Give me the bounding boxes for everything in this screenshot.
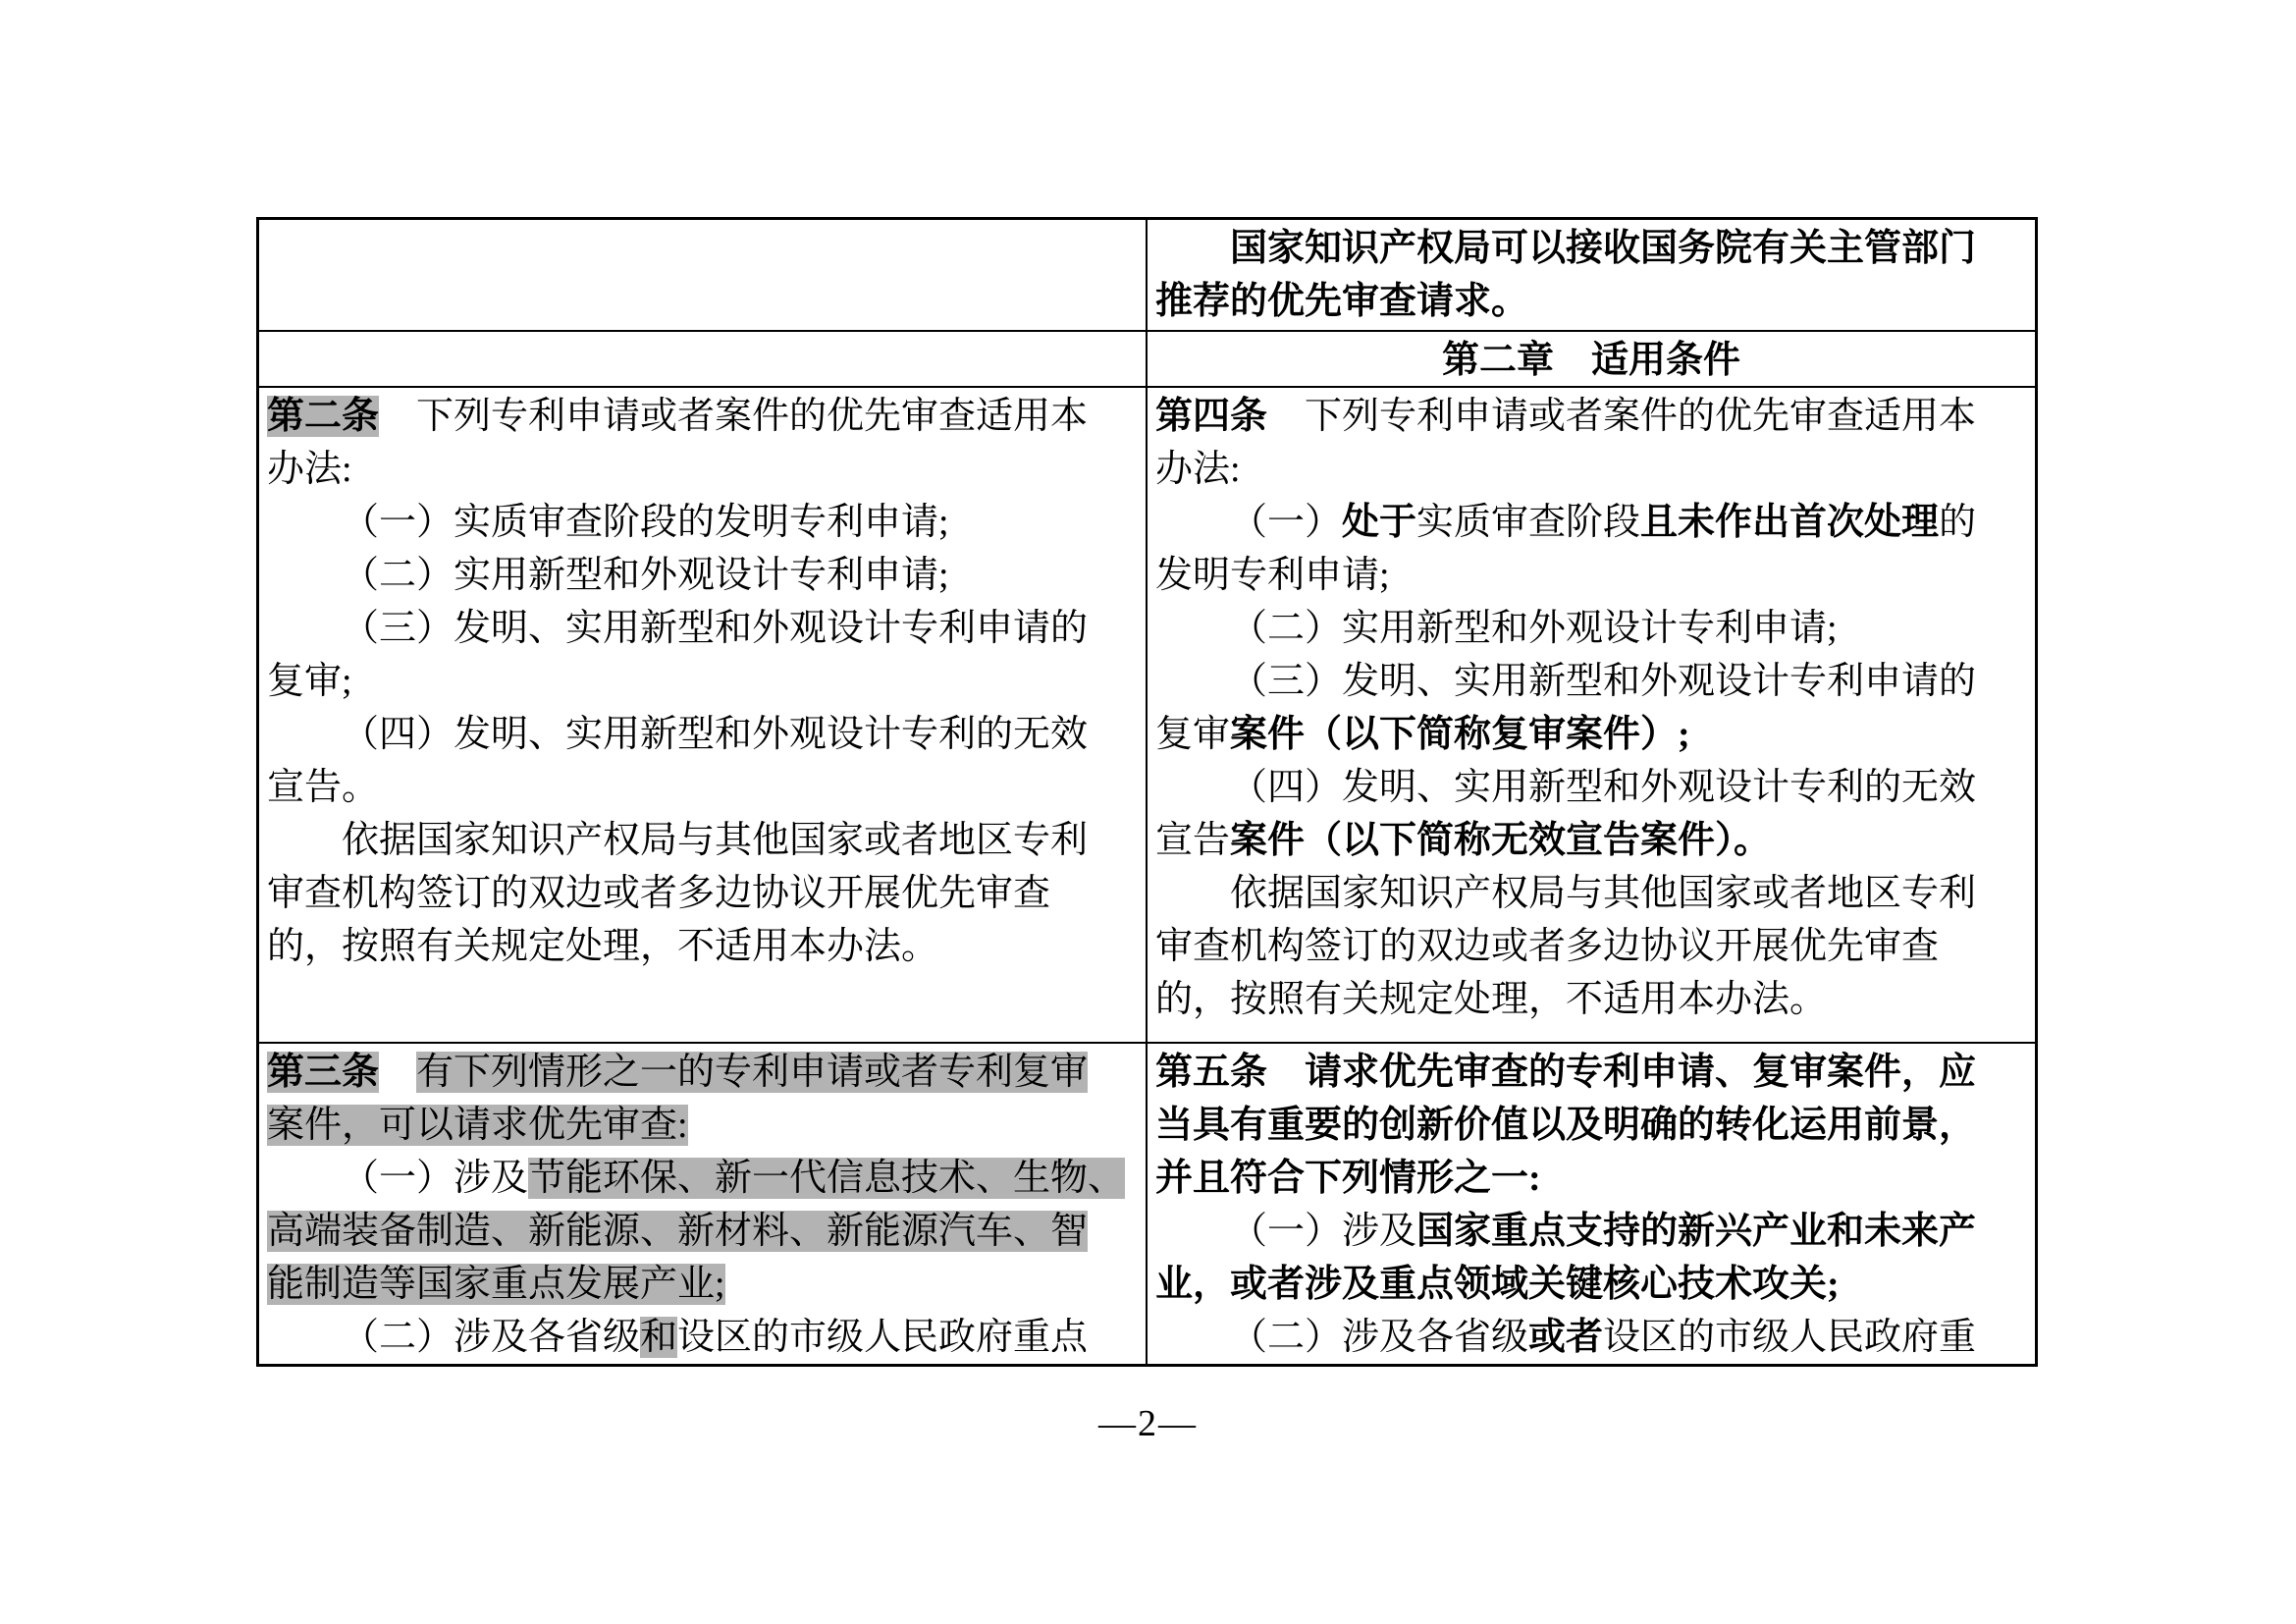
text-line: 审查机构签订的双边或者多边协议开展优先审查 [1155, 920, 2027, 973]
text-segment: （一）实质审查阶段的发明专利申请; [342, 502, 949, 543]
text-segment: 国家重点支持的新兴产业和未来产 [1416, 1211, 1976, 1252]
text-line: 宣告。 [267, 761, 1138, 814]
cell-new-article-5: 第五条 请求优先审查的专利申请、复审案件，应当具有重要的创新价值以及明确的转化运… [1148, 1044, 2035, 1364]
text-line: 的，按照有关规定处理，不适用本办法。 [1155, 973, 2027, 1026]
text-segment: 复审 [1155, 714, 1230, 755]
text-line: 办法: [267, 443, 1138, 496]
text-segment: 请求优先审查的专利申请、复审案件，应 [1305, 1052, 1976, 1093]
text-segment [1267, 1052, 1305, 1093]
text-segment: 当具有重要的创新价值以及明确的转化运用前景， [1155, 1105, 1976, 1146]
text-line: （四）发明、实用新型和外观设计专利的无效 [267, 708, 1138, 761]
text-segment: 审查机构签订的双边或者多边协议开展优先审查 [1155, 926, 1939, 967]
text-line: 推荐的优先审查请求。 [1155, 275, 2027, 328]
text-line: 复审案件（以下简称复审案件）; [1155, 708, 2027, 761]
text-segment: （二）实用新型和外观设计专利申请; [1230, 608, 1838, 649]
text-line: （一）涉及节能环保、新一代信息技术、生物、 [267, 1152, 1138, 1205]
text-line: 当具有重要的创新价值以及明确的转化运用前景， [1155, 1099, 2027, 1152]
text-line: （一）涉及国家重点支持的新兴产业和未来产 [1155, 1205, 2027, 1258]
text-segment: 办法: [267, 449, 352, 490]
cell-new-article-4: 第四条 下列专利申请或者案件的优先审查适用本办法:（一）处于实质审查阶段且未作出… [1148, 388, 2035, 1044]
text-segment: 和 [640, 1317, 677, 1358]
text-segment: 处于 [1342, 502, 1416, 543]
text-segment: （二）涉及各省级 [1230, 1317, 1528, 1358]
text-line: （三）发明、实用新型和外观设计专利申请的 [267, 602, 1138, 655]
text-line: （四）发明、实用新型和外观设计专利的无效 [1155, 761, 2027, 814]
text-segment: 且未作出首次处理 [1640, 502, 1939, 543]
text-line: 国家知识产权局可以接收国务院有关主管部门 [1155, 222, 2027, 275]
document-page: 国家知识产权局可以接收国务院有关主管部门推荐的优先审查请求。 第二章 适用条件 … [0, 0, 2296, 1624]
text-segment: （三）发明、实用新型和外观设计专利申请的 [342, 608, 1088, 649]
text-line: 案件，可以请求优先审查: [267, 1099, 1138, 1152]
text-segment: （三）发明、实用新型和外观设计专利申请的 [1230, 661, 1976, 702]
text-segment: 或者 [1528, 1317, 1603, 1358]
text-segment: 能制造等国家重点发展产业; [267, 1264, 725, 1305]
text-segment: 办法: [1155, 449, 1241, 490]
text-line: 第二条 下列专利申请或者案件的优先审查适用本 [267, 390, 1138, 443]
text-segment: （二）实用新型和外观设计专利申请; [342, 555, 949, 596]
text-line: （一）处于实质审查阶段且未作出首次处理的 [1155, 496, 2027, 549]
text-line: 第三条 有下列情形之一的专利申请或者专利复审 [267, 1046, 1138, 1099]
text-segment: 审查机构签订的双边或者多边协议开展优先审查 [267, 873, 1050, 914]
cell-old-chapter [259, 332, 1148, 388]
text-segment: 业，或者涉及重点领域关键核心技术攻关; [1155, 1264, 1840, 1305]
text-segment: 第二章 适用条件 [1442, 340, 1740, 381]
text-segment: 发明专利申请; [1155, 555, 1390, 596]
text-segment: 的，按照有关规定处理，不适用本办法。 [267, 926, 938, 967]
text-segment: 设区的市级人民政府重点 [677, 1317, 1088, 1358]
cell-new-intro: 国家知识产权局可以接收国务院有关主管部门推荐的优先审查请求。 [1148, 220, 2035, 332]
text-line: （三）发明、实用新型和外观设计专利申请的 [1155, 655, 2027, 708]
text-line: 发明专利申请; [1155, 549, 2027, 602]
text-segment: 案件（以下简称复审案件）; [1230, 714, 1690, 755]
text-segment: 推荐的优先审查请求。 [1155, 281, 1528, 322]
text-segment: （二）涉及各省级 [342, 1317, 640, 1358]
text-line: 高端装备制造、新能源、新材料、新能源汽车、智 [267, 1205, 1138, 1258]
text-segment: （四）发明、实用新型和外观设计专利的无效 [1230, 767, 1976, 808]
text-line: 业，或者涉及重点领域关键核心技术攻关; [1155, 1258, 2027, 1311]
text-segment: 实质审查阶段 [1416, 502, 1640, 543]
text-line: 宣告案件（以下简称无效宣告案件）。 [1155, 814, 2027, 867]
text-segment: 的 [1939, 502, 1976, 543]
text-line: 审查机构签订的双边或者多边协议开展优先审查 [267, 867, 1138, 920]
text-segment: 案件（以下简称无效宣告案件）。 [1230, 820, 1771, 861]
text-segment: 宣告。 [267, 767, 379, 808]
text-segment: 案件，可以请求优先审查: [267, 1105, 688, 1146]
text-segment: （四）发明、实用新型和外观设计专利的无效 [342, 714, 1088, 755]
text-line: 依据国家知识产权局与其他国家或者地区专利 [267, 814, 1138, 867]
cell-old-article-2: 第二条 下列专利申请或者案件的优先审查适用本办法:（一）实质审查阶段的发明专利申… [259, 388, 1148, 1044]
text-line: （二）涉及各省级或者设区的市级人民政府重 [1155, 1311, 2027, 1364]
text-line: 第二章 适用条件 [1155, 334, 2027, 387]
page-number: —2— [0, 1402, 2296, 1445]
text-segment: 高端装备制造、新能源、新材料、新能源汽车、智 [267, 1211, 1088, 1252]
text-segment: 第三条 [267, 1052, 379, 1093]
text-line: 复审; [267, 655, 1138, 708]
text-line: 并且符合下列情形之一: [1155, 1152, 2027, 1205]
text-line: （一）实质审查阶段的发明专利申请; [267, 496, 1138, 549]
text-segment: 设区的市级人民政府重 [1603, 1317, 1976, 1358]
text-segment: 下列专利申请或者案件的优先审查适用本 [1267, 396, 1976, 437]
text-line: （二）实用新型和外观设计专利申请; [267, 549, 1138, 602]
cell-old-article-3: 第三条 有下列情形之一的专利申请或者专利复审案件，可以请求优先审查:（一）涉及节… [259, 1044, 1148, 1364]
text-line: 依据国家知识产权局与其他国家或者地区专利 [1155, 867, 2027, 920]
text-segment: （一） [1230, 502, 1342, 543]
text-line: （二）实用新型和外观设计专利申请; [1155, 602, 2027, 655]
text-segment: 有下列情形之一的专利申请或者专利复审 [416, 1052, 1088, 1093]
text-segment: 国家知识产权局可以接收国务院有关主管部门 [1230, 228, 1976, 269]
text-segment: （一）涉及 [1230, 1211, 1416, 1252]
text-segment: 的，按照有关规定处理，不适用本办法。 [1155, 979, 1827, 1020]
text-line: 能制造等国家重点发展产业; [267, 1258, 1138, 1311]
text-segment: 宣告 [1155, 820, 1230, 861]
cell-old-intro [259, 220, 1148, 332]
cell-new-chapter-heading: 第二章 适用条件 [1148, 332, 2035, 388]
text-line: 的，按照有关规定处理，不适用本办法。 [267, 920, 1138, 973]
text-line: 第四条 下列专利申请或者案件的优先审查适用本 [1155, 390, 2027, 443]
text-segment: 下列专利申请或者案件的优先审查适用本 [379, 396, 1088, 437]
text-segment: 第二条 [267, 396, 379, 437]
text-segment: 节能环保、新一代信息技术、生物、 [528, 1158, 1125, 1199]
text-segment: 依据国家知识产权局与其他国家或者地区专利 [342, 820, 1088, 861]
text-segment: 复审; [267, 661, 352, 702]
text-segment: 第五条 [1155, 1052, 1267, 1093]
comparison-table: 国家知识产权局可以接收国务院有关主管部门推荐的优先审查请求。 第二章 适用条件 … [256, 217, 2038, 1367]
text-line: （二）涉及各省级和设区的市级人民政府重点 [267, 1311, 1138, 1364]
text-segment: 依据国家知识产权局与其他国家或者地区专利 [1230, 873, 1976, 914]
text-segment: 并且符合下列情形之一: [1155, 1158, 1541, 1199]
text-line: 办法: [1155, 443, 2027, 496]
text-line: 第五条 请求优先审查的专利申请、复审案件，应 [1155, 1046, 2027, 1099]
text-segment: （一）涉及 [342, 1158, 528, 1199]
text-segment: 第四条 [1155, 396, 1267, 437]
text-segment [379, 1052, 416, 1093]
